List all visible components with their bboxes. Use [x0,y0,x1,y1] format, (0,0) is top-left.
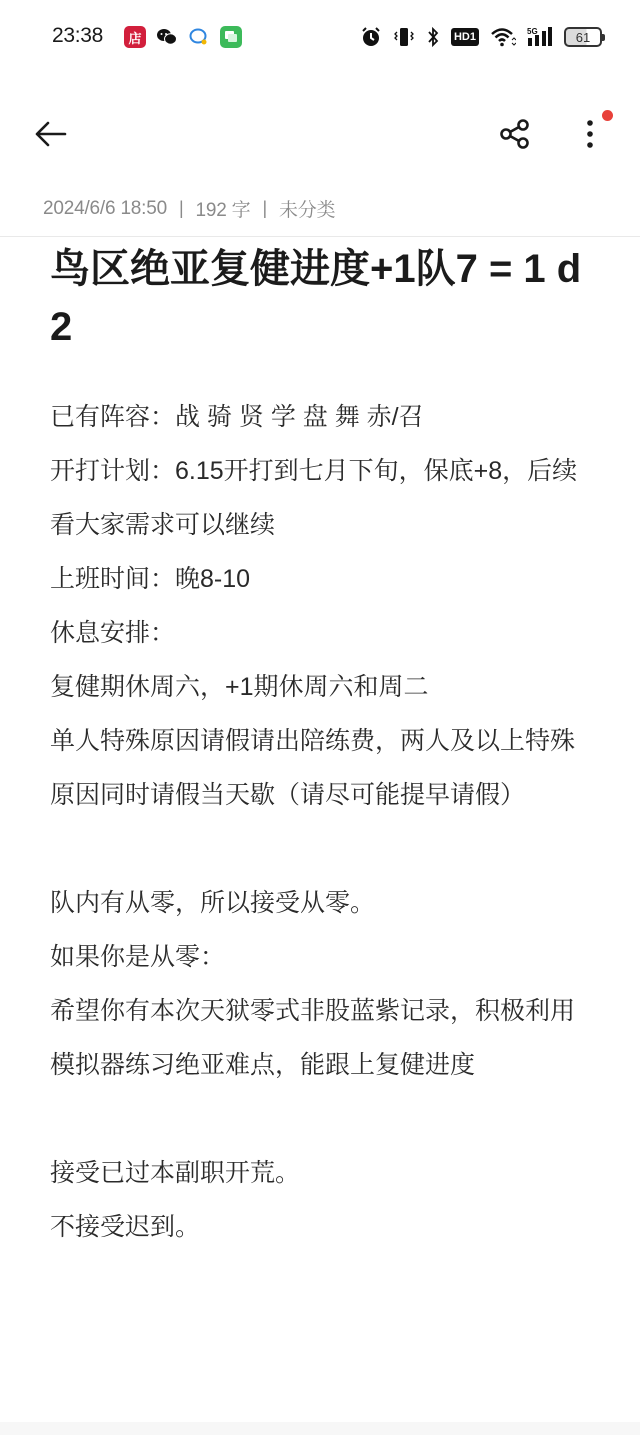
notification-icons: 店 [124,26,242,48]
body-line: 开打计划：6.15开打到七月下旬，保底+8，后续看大家需求可以继续 [50,444,598,552]
status-bar: 23:38 店 HD1 5G 61 [0,0,640,76]
note-datetime: 2024/6/6 18:50 [43,198,167,220]
bottom-toolbar-edge [0,1422,640,1435]
note-title[interactable]: 鸟区绝亚复健进度+1队7 = 1 d2 [50,240,600,356]
body-line: 单人特殊原因请假请出陪练费，两人及以上特殊原因同时请假当天歇（请尽可能提早请假） [50,714,598,822]
chat-bubble-icon [188,26,210,48]
body-line [50,1092,598,1146]
more-vertical-icon [585,118,595,150]
notification-dot [602,110,613,121]
divider [0,236,640,237]
separator: | [179,198,183,219]
body-line: 接受已过本副职开荒。 [50,1146,598,1200]
body-line: 不接受迟到。 [50,1200,598,1254]
body-line: 休息安排： [50,606,598,660]
body-line: 队内有从零，所以接受从零。 [50,876,598,930]
note-meta: 2024/6/6 18:50 | 192 字 | 未分类 [43,195,335,222]
messages-icon [220,26,242,48]
signal-5g-icon: 5G [527,26,553,48]
note-body[interactable]: 已有阵容：战 骑 贤 学 盘 舞 赤/召 开打计划：6.15开打到七月下旬，保底… [50,390,598,1254]
separator: | [262,198,266,219]
body-line: 上班时间：晚8-10 [50,552,598,606]
svg-text:5G: 5G [527,27,538,36]
alarm-icon [360,26,382,48]
status-time: 23:38 [52,24,103,48]
word-count: 192 字 [195,195,250,222]
battery-icon: 61 [564,26,602,48]
wifi-icon [490,26,516,48]
body-line [50,822,598,876]
app-bar [0,100,640,168]
note-category[interactable]: 未分类 [279,195,335,222]
share-button[interactable] [495,114,535,154]
body-line: 如果你是从零： [50,930,598,984]
battery-level: 61 [564,27,602,47]
store-app-icon: 店 [124,26,146,48]
wechat-icon [156,26,178,48]
system-icons: HD1 5G 61 [360,26,602,48]
body-line: 已有阵容：战 骑 贤 学 盘 舞 赤/召 [50,390,598,444]
body-line: 复健期休周六，+1期休周六和周二 [50,660,598,714]
vibrate-icon [393,26,415,48]
bluetooth-icon [426,26,440,48]
back-button[interactable] [30,114,70,154]
share-icon [498,117,532,151]
hd-icon: HD1 [451,26,479,48]
back-arrow-icon [33,120,67,148]
body-line: 希望你有本次天狱零式非股蓝紫记录，积极利用模拟器练习绝亚难点，能跟上复健进度 [50,984,598,1092]
